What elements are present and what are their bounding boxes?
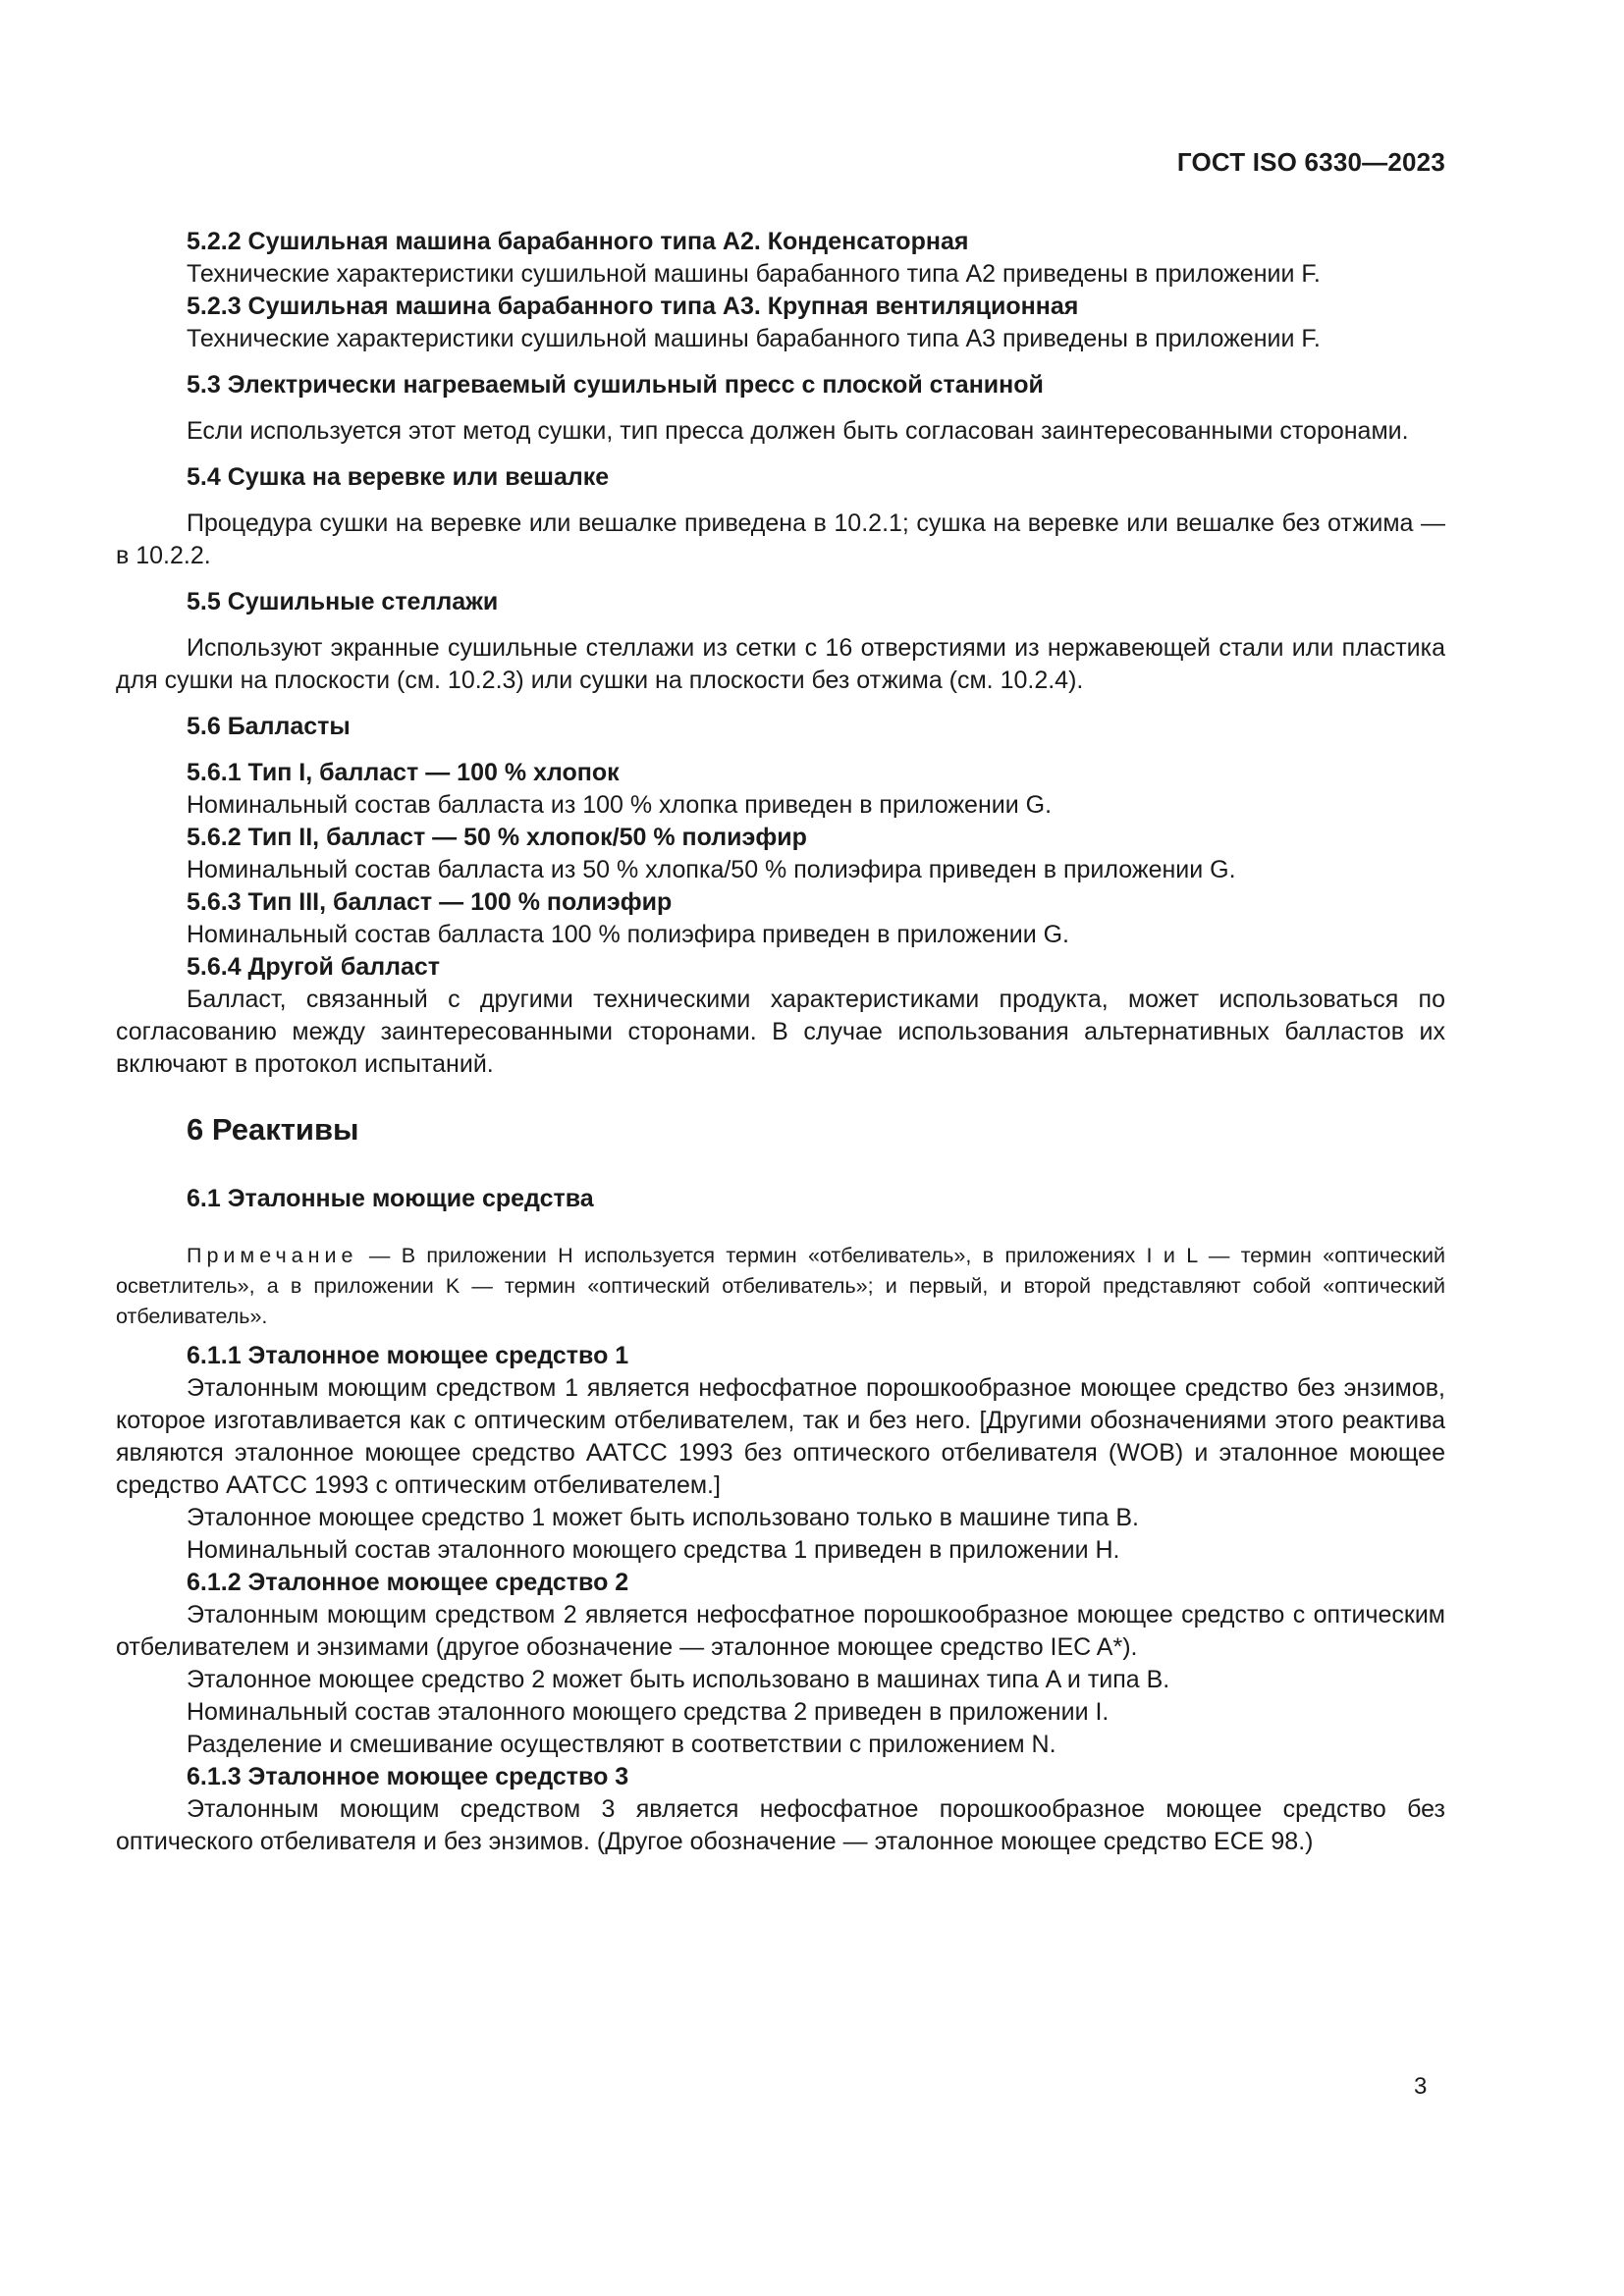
paragraph-6-1-2-d: Разделение и смешивание осуществляют в с… [116, 1729, 1445, 1761]
heading-6-1-2: 6.1.2 Эталонное моющее средство 2 [187, 1567, 1445, 1599]
page-content: 5.2.2 Сушильная машина барабанного типа … [116, 226, 1445, 1858]
paragraph-5-3: Если используется этот метод сушки, тип … [116, 415, 1445, 448]
paragraph-5-6-4: Балласт, связанный с другими техническим… [116, 984, 1445, 1081]
paragraph-6-1-2-c: Номинальный состав эталонного моющего ср… [116, 1696, 1445, 1729]
paragraph-5-4: Процедура сушки на веревке или вешалке п… [116, 507, 1445, 572]
heading-6: 6 Реактивы [187, 1110, 1445, 1149]
heading-5-4: 5.4 Сушка на веревке или вешалке [187, 461, 1445, 494]
heading-5-6: 5.6 Балласты [187, 711, 1445, 743]
heading-5-6-1: 5.6.1 Тип I, балласт — 100 % хлопок [187, 757, 1445, 789]
paragraph-5-6-2: Номинальный состав балласта из 50 % хлоп… [187, 854, 1445, 886]
heading-6-1: 6.1 Эталонные моющие средства [187, 1183, 1445, 1215]
paragraph-5-5: Используют экранные сушильные стеллажи и… [116, 632, 1445, 697]
paragraph-5-6-3: Номинальный состав балласта 100 % полиэф… [187, 919, 1445, 951]
paragraph-6-1-1-b: Эталонное моющее средство 1 может быть и… [116, 1502, 1445, 1534]
note-6-1: Примечание — В приложении H используется… [116, 1241, 1445, 1332]
heading-6-1-3: 6.1.3 Эталонное моющее средство 3 [187, 1761, 1445, 1793]
heading-5-2-2: 5.2.2 Сушильная машина барабанного типа … [187, 226, 1445, 258]
paragraph-5-2-3: Технические характеристики сушильной маш… [187, 323, 1445, 355]
heading-5-6-2: 5.6.2 Тип II, балласт — 50 % хлопок/50 %… [187, 822, 1445, 854]
heading-5-3: 5.3 Электрически нагреваемый сушильный п… [187, 369, 1445, 401]
heading-5-5: 5.5 Сушильные стеллажи [187, 586, 1445, 618]
heading-5-6-4: 5.6.4 Другой балласт [187, 951, 1445, 984]
note-label: Примечание [187, 1244, 357, 1267]
document-standard-id: ГОСТ ISO 6330—2023 [1177, 147, 1445, 178]
heading-5-6-3: 5.6.3 Тип III, балласт — 100 % полиэфир [187, 886, 1445, 919]
paragraph-6-1-3: Эталонным моющим средством 3 является не… [116, 1793, 1445, 1858]
paragraph-6-1-2-a: Эталонным моющим средством 2 является не… [116, 1599, 1445, 1664]
paragraph-6-1-1-a: Эталонным моющим средством 1 является не… [116, 1372, 1445, 1502]
page-number: 3 [1414, 2073, 1427, 2101]
paragraph-6-1-1-c: Номинальный состав эталонного моющего ср… [116, 1534, 1445, 1567]
paragraph-5-6-1: Номинальный состав балласта из 100 % хло… [187, 789, 1445, 822]
paragraph-5-2-2: Технические характеристики сушильной маш… [187, 258, 1445, 291]
heading-5-2-3: 5.2.3 Сушильная машина барабанного типа … [187, 291, 1445, 323]
paragraph-6-1-2-b: Эталонное моющее средство 2 может быть и… [116, 1664, 1445, 1696]
heading-6-1-1: 6.1.1 Эталонное моющее средство 1 [187, 1340, 1445, 1372]
